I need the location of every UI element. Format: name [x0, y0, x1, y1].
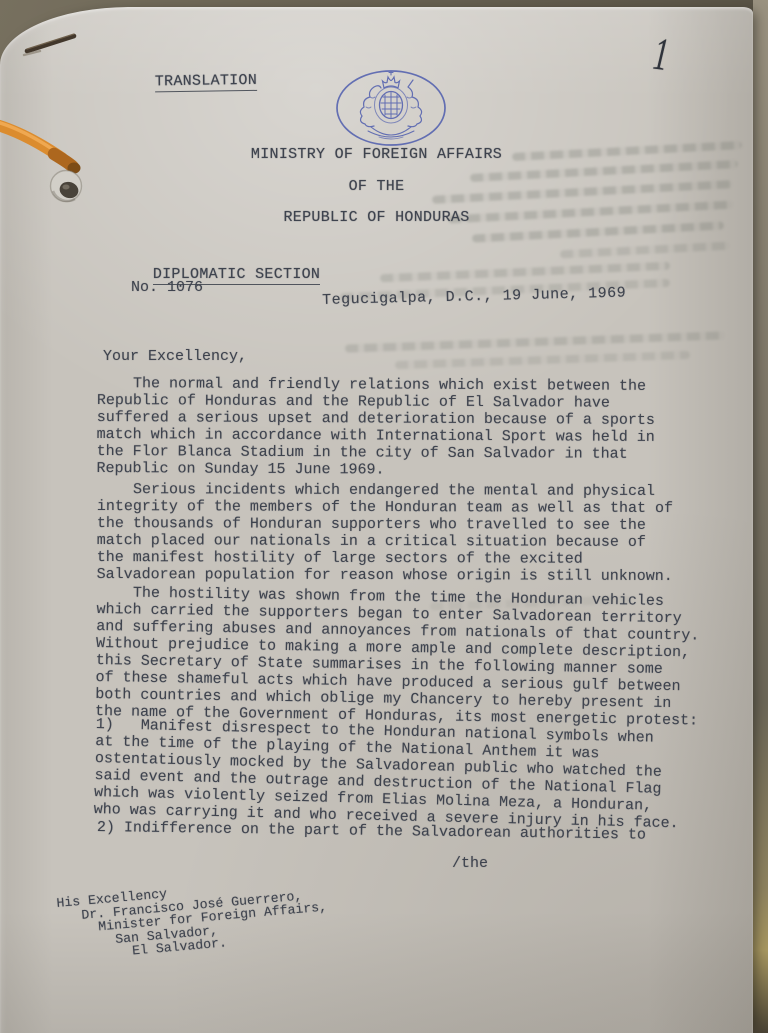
- page-number: 1: [650, 28, 681, 87]
- translation-label: TRANSLATION: [155, 72, 258, 92]
- dateline: Tegucigalpa, D.C., 19 June, 1969: [322, 285, 626, 309]
- scanned-letter-photo: 1 TRANSLATION: [0, 0, 768, 1033]
- letterhead-line-1: MINISTRY OF FOREIGN AFFAIRS: [0, 146, 753, 163]
- addressee-block: His Excellency Dr. Francisco José Guerre…: [56, 874, 330, 965]
- letterhead-line-3: REPUBLIC OF HONDURAS: [0, 209, 753, 226]
- catchword: /the: [452, 855, 488, 872]
- letter-paragraph-3: The hostility was shown from the time th…: [95, 584, 700, 729]
- letterhead-line-2: OF THE: [0, 178, 753, 195]
- salutation: Your Excellency,: [103, 348, 247, 365]
- translation-heading: TRANSLATION: [99, 55, 258, 110]
- page-stack-edge: [753, 0, 768, 1033]
- letter-paragraph-1: The normal and friendly relations which …: [96, 375, 655, 480]
- paper-sheet: 1 TRANSLATION: [0, 7, 753, 1033]
- staple: [18, 25, 88, 61]
- letter-item-1: 1) Manifest disrespect to the Honduran n…: [94, 716, 681, 832]
- letter-paragraph-2: Serious incidents which endangered the m…: [97, 481, 673, 585]
- reference-number: No. 1076: [131, 279, 203, 296]
- royal-arms-icon: [337, 71, 445, 145]
- crest-stamp: [333, 67, 449, 149]
